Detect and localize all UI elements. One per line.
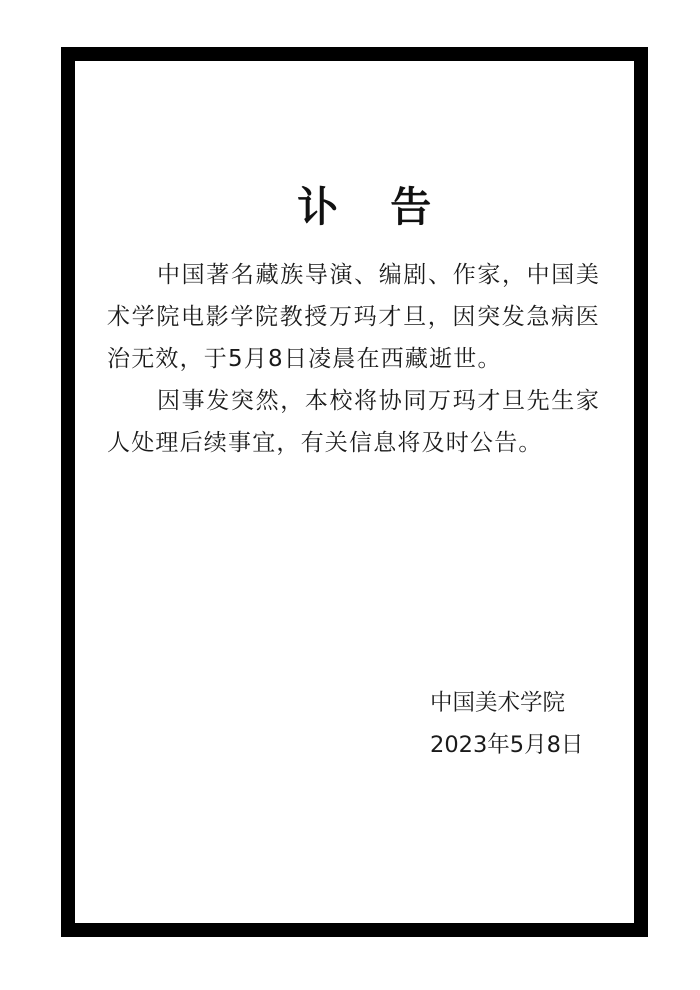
paragraph-1-line-3: 治无效，于5月8日凌晨在西藏逝世。 (107, 338, 599, 380)
signature-block: 中国美术学院 2023年5月8日 (430, 682, 583, 766)
paragraph-1-line-1: 中国著名藏族导演、编剧、作家，中国美 (107, 254, 599, 296)
title-char-1: 讣 (297, 182, 338, 232)
obituary-title: 讣告 (0, 132, 700, 232)
obituary-body: 中国著名藏族导演、编剧、作家，中国美 术学院电影学院教授万玛才旦，因突发急病医 … (107, 254, 599, 464)
paragraph-arrangements: 因事发突然，本校将协同万玛才旦先生家 人处理后续事宜，有关信息将及时公告。 (107, 380, 599, 464)
paragraph-1-line-2: 术学院电影学院教授万玛才旦，因突发急病医 (107, 296, 599, 338)
signature-date: 2023年5月8日 (430, 724, 583, 766)
title-char-2: 告 (390, 182, 431, 232)
paragraph-2-line-1: 因事发突然，本校将协同万玛才旦先生家 (107, 380, 599, 422)
paragraph-2-line-2: 人处理后续事宜，有关信息将及时公告。 (107, 422, 599, 464)
paragraph-announcement: 中国著名藏族导演、编剧、作家，中国美 术学院电影学院教授万玛才旦，因突发急病医 … (107, 254, 599, 380)
signature-organization: 中国美术学院 (430, 682, 583, 724)
